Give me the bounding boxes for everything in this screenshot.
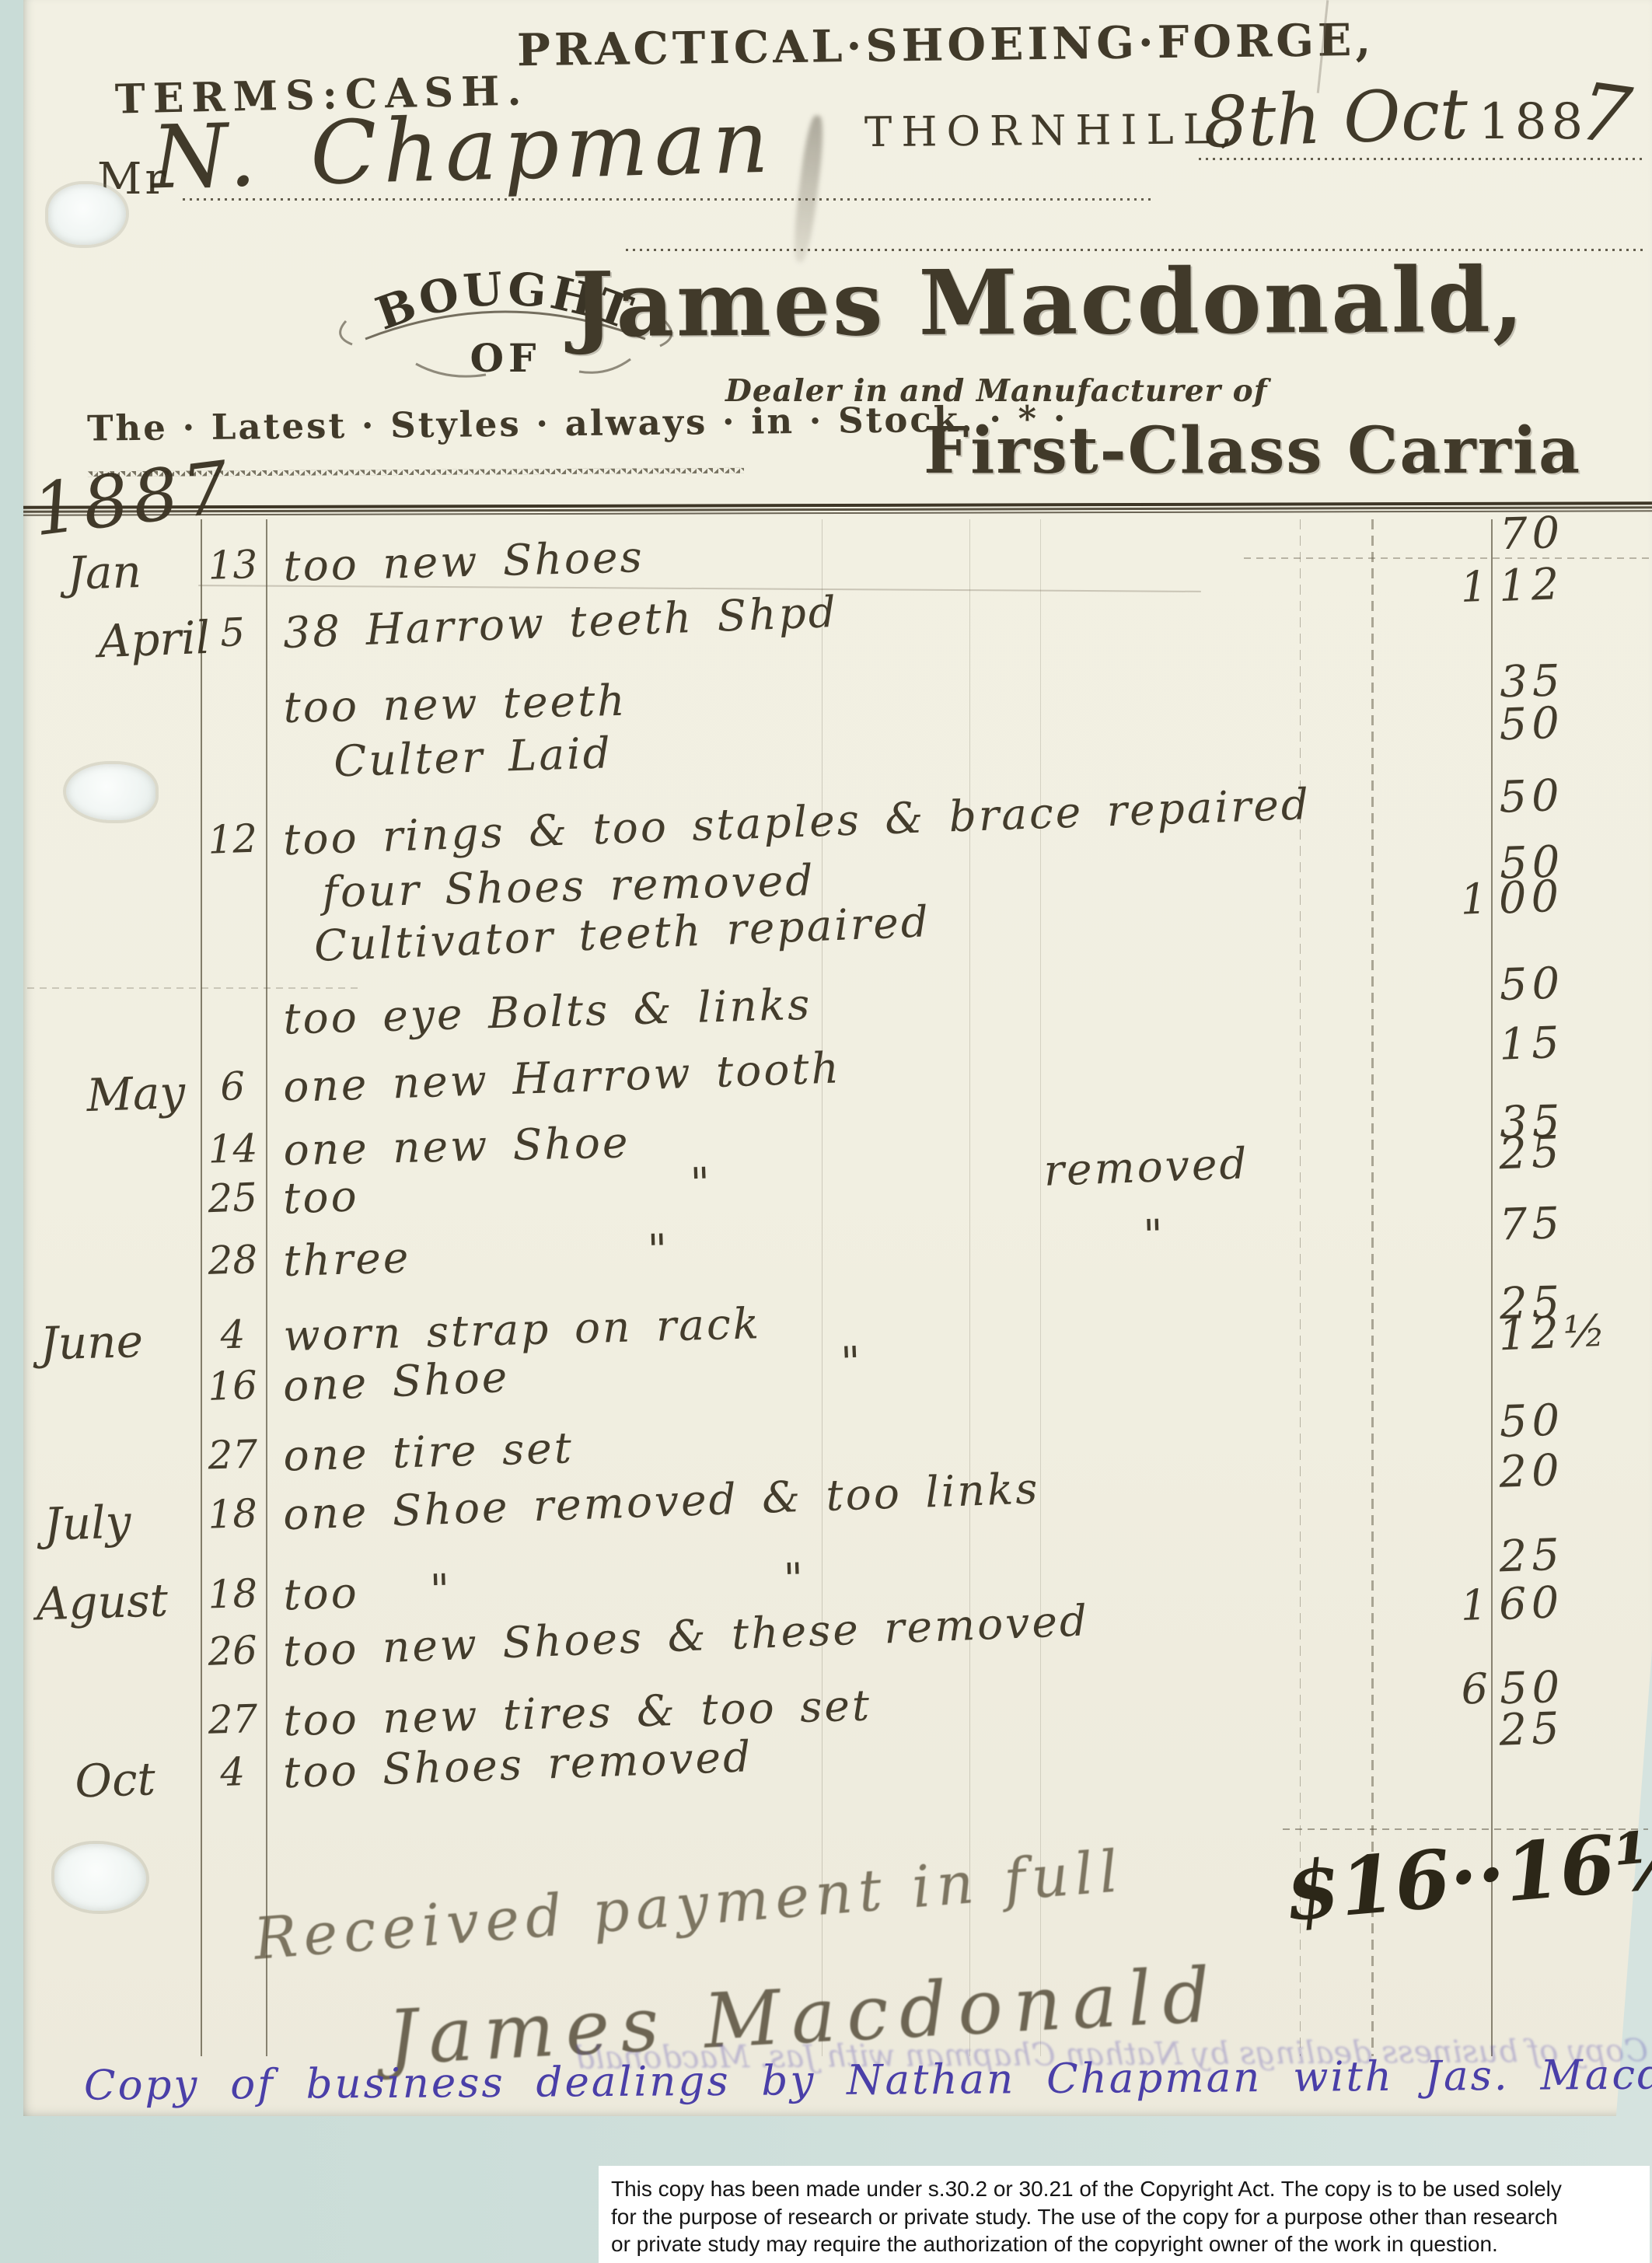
entry-cents: 12 (1498, 557, 1632, 612)
entry-month: May (31, 1066, 186, 1124)
entry-day: 26 (189, 1627, 276, 1675)
entry-cents: 25 (1499, 1528, 1633, 1582)
entry-dollars: 1 (1370, 874, 1488, 927)
entry-cents: 60 (1498, 1575, 1632, 1630)
customer-name: N. Chapman (150, 92, 776, 209)
customer-name-rule (183, 198, 1154, 201)
entry-cents: 50 (1499, 1393, 1633, 1448)
entry-month: July (31, 1495, 131, 1551)
entry-month: Oct (31, 1752, 156, 1809)
entry-dollars: 1 (1370, 562, 1488, 616)
entry-day: 4 (189, 1748, 276, 1797)
entry-day: 14 (190, 1126, 276, 1172)
entry-day: 6 (189, 1063, 276, 1111)
scanned-invoice-page: { "header": { "forge_title": "PRACTICAL·… (0, 0, 1652, 2263)
forge-title: PRACTICAL·SHOEING·FORGE, (517, 16, 1186, 77)
entry-day: 27 (190, 1696, 276, 1744)
copyright-line: This copy has been made under s.30.2 or … (611, 2175, 1637, 2203)
entry-month: Agust (32, 1573, 169, 1630)
entry-description: too new Shoes (283, 532, 645, 591)
entry-cents: 25 (1498, 1701, 1632, 1756)
entry-month: April (31, 611, 211, 671)
entry-cents: 70 (1499, 506, 1633, 560)
entry-cents: 15 (1498, 1015, 1632, 1070)
copyright-line: or private study may require the authori… (611, 2230, 1637, 2258)
entry-day: 18 (189, 1490, 276, 1538)
punch-hole (54, 1844, 146, 1911)
entry-cents: 25 (1498, 1124, 1632, 1179)
entry-cents: 50 (1499, 956, 1633, 1011)
entry-cents: 50 (1499, 696, 1633, 750)
entry-cents: 20 (1498, 1443, 1632, 1498)
product-line: First-Class Carria (924, 414, 1652, 488)
copyright-line: for the purpose of research or private s… (611, 2203, 1637, 2231)
entry-month: Jan (32, 545, 142, 601)
punch-hole (66, 764, 155, 820)
entry-month: June (32, 1315, 144, 1371)
copyright-notice: This copy has been made under s.30.2 or … (599, 2166, 1650, 2263)
entry-cents: 75 (1499, 1196, 1633, 1251)
place-label: THORNHILL, (864, 106, 1242, 156)
handwritten-date: 8th Oct (1202, 73, 1469, 164)
entry-day: 5 (189, 609, 276, 657)
entry-day: 18 (189, 1570, 276, 1618)
entry-day: 16 (189, 1361, 276, 1410)
entry-day: 13 (190, 542, 276, 589)
entry-description: one tire set (283, 1423, 575, 1480)
entry-day: 12 (189, 815, 276, 864)
year-printed: 188 (1479, 93, 1587, 151)
entry-dollars: 1 (1370, 1580, 1488, 1634)
entry-description: Culter Laid (333, 728, 613, 786)
entry-day: 28 (189, 1236, 276, 1283)
date-rule (1199, 158, 1643, 160)
business-name: James Macdonald, (571, 248, 1526, 358)
entry-description: too new teeth (283, 676, 627, 732)
entry-day: 27 (190, 1431, 277, 1479)
entry-day: 4 (190, 1311, 276, 1359)
entry-cents: 00 (1498, 868, 1632, 924)
entry-cents: 12½ (1497, 1304, 1632, 1360)
entry-day: 25 (189, 1174, 276, 1222)
of-word: OF (470, 335, 540, 381)
entry-cents: 50 (1498, 768, 1632, 823)
